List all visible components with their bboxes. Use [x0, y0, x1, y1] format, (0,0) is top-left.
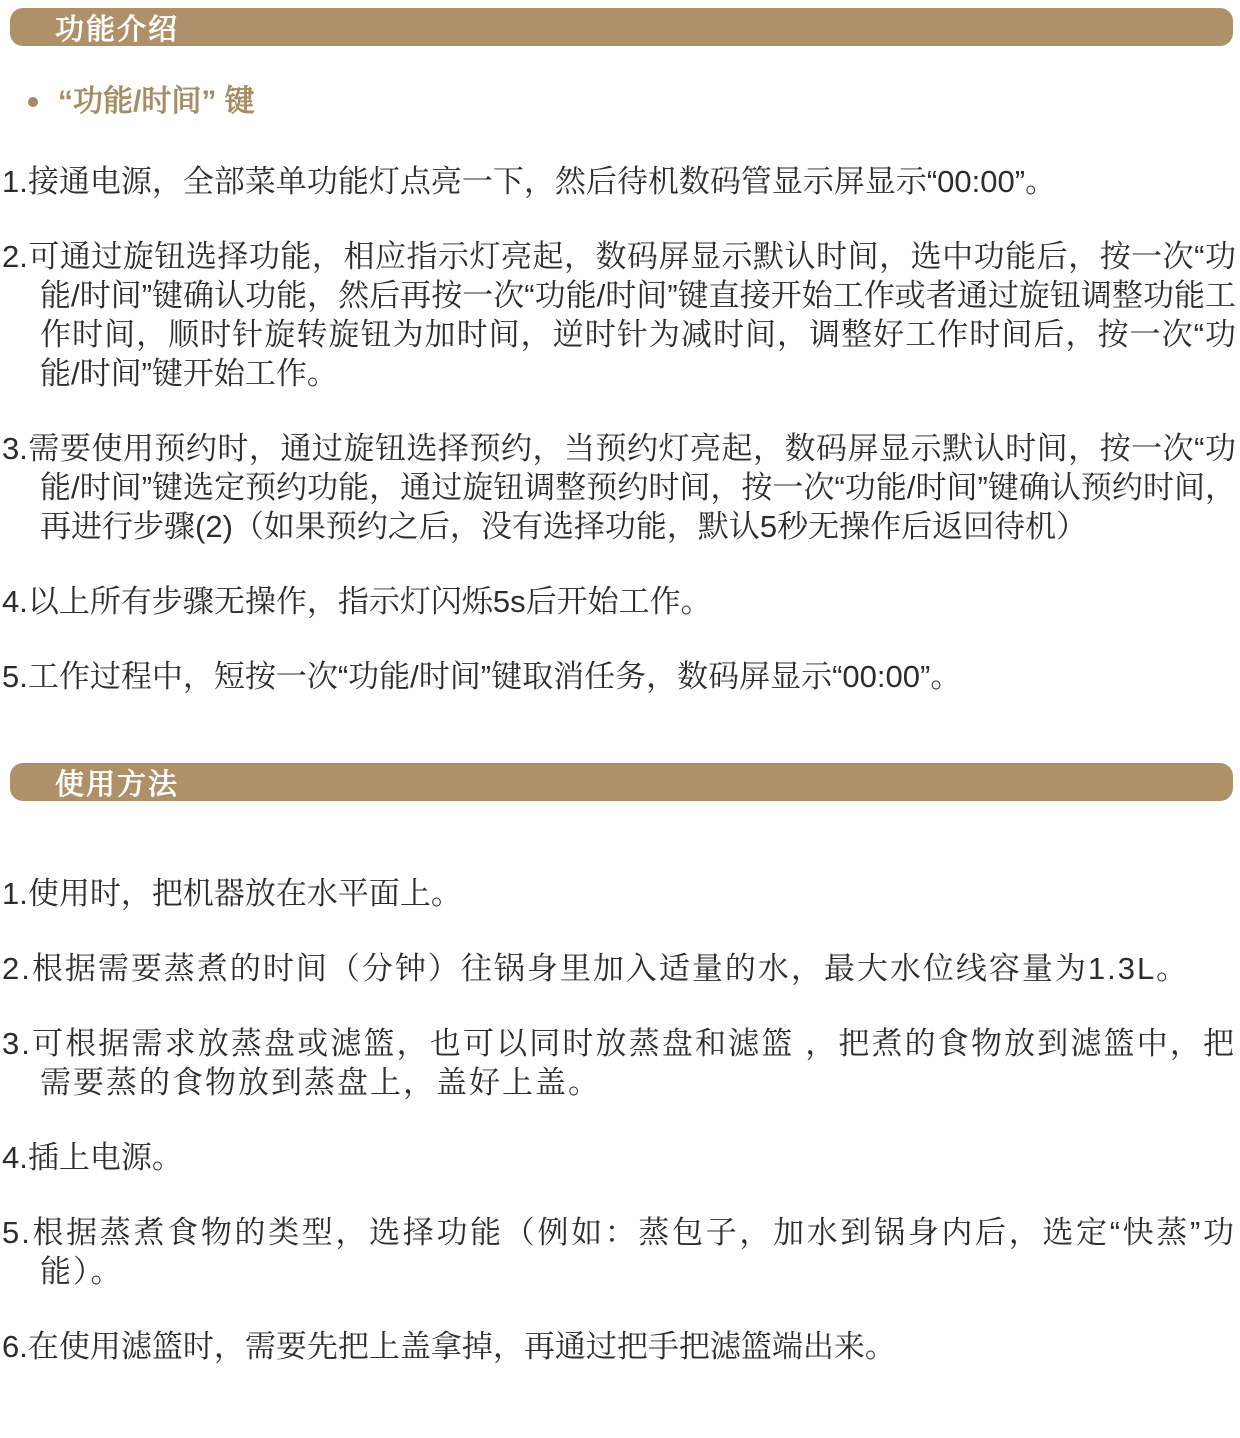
- usage-step-1: 1.使用时，把机器放在水平面上。: [0, 874, 1240, 913]
- manual-page: 功能介绍 “功能/时间” 键 1.接通电源，全部菜单功能灯点亮一下，然后待机数码…: [0, 0, 1240, 1438]
- intro-step-2: 2.可通过旋钮选择功能，相应指示灯亮起，数码屏显示默认时间，选中功能后，按一次“…: [0, 237, 1240, 393]
- intro-step-1: 1.接通电源，全部菜单功能灯点亮一下，然后待机数码管显示屏显示“00:00”。: [0, 162, 1240, 201]
- usage-step-5: 5.根据蒸煮食物的类型，选择功能（例如：蒸包子，加水到锅身内后，选定“快蒸”功能…: [0, 1213, 1240, 1291]
- subheading-label: “功能/时间” 键: [58, 82, 255, 122]
- bullet-icon: [28, 97, 38, 107]
- usage-step-3: 3.可根据需求放蒸盘或滤篮，也可以同时放蒸盘和滤篮 ，把煮的食物放到滤篮中，把需…: [0, 1024, 1240, 1102]
- section-banner-usage: 使用方法: [10, 763, 1233, 801]
- intro-step-5: 5.工作过程中，短按一次“功能/时间”键取消任务，数码屏显示“00:00”。: [0, 657, 1240, 696]
- usage-step-2: 2.根据需要蒸煮的时间（分钟）往锅身里加入适量的水，最大水位线容量为1.3L。: [0, 949, 1240, 988]
- intro-step-4: 4.以上所有步骤无操作，指示灯闪烁5s后开始工作。: [0, 582, 1240, 621]
- section-title-usage: 使用方法: [55, 762, 179, 803]
- usage-step-6: 6.在使用滤篮时，需要先把上盖拿掉，再通过把手把滤篮端出来。: [0, 1327, 1240, 1366]
- section-banner-intro: 功能介绍: [10, 8, 1233, 46]
- subheading-function-time-key: “功能/时间” 键: [28, 82, 1240, 122]
- usage-step-4: 4.插上电源。: [0, 1138, 1240, 1177]
- section-title-intro: 功能介绍: [55, 7, 179, 48]
- intro-step-3: 3.需要使用预约时，通过旋钮选择预约，当预约灯亮起，数码屏显示默认时间，按一次“…: [0, 429, 1240, 546]
